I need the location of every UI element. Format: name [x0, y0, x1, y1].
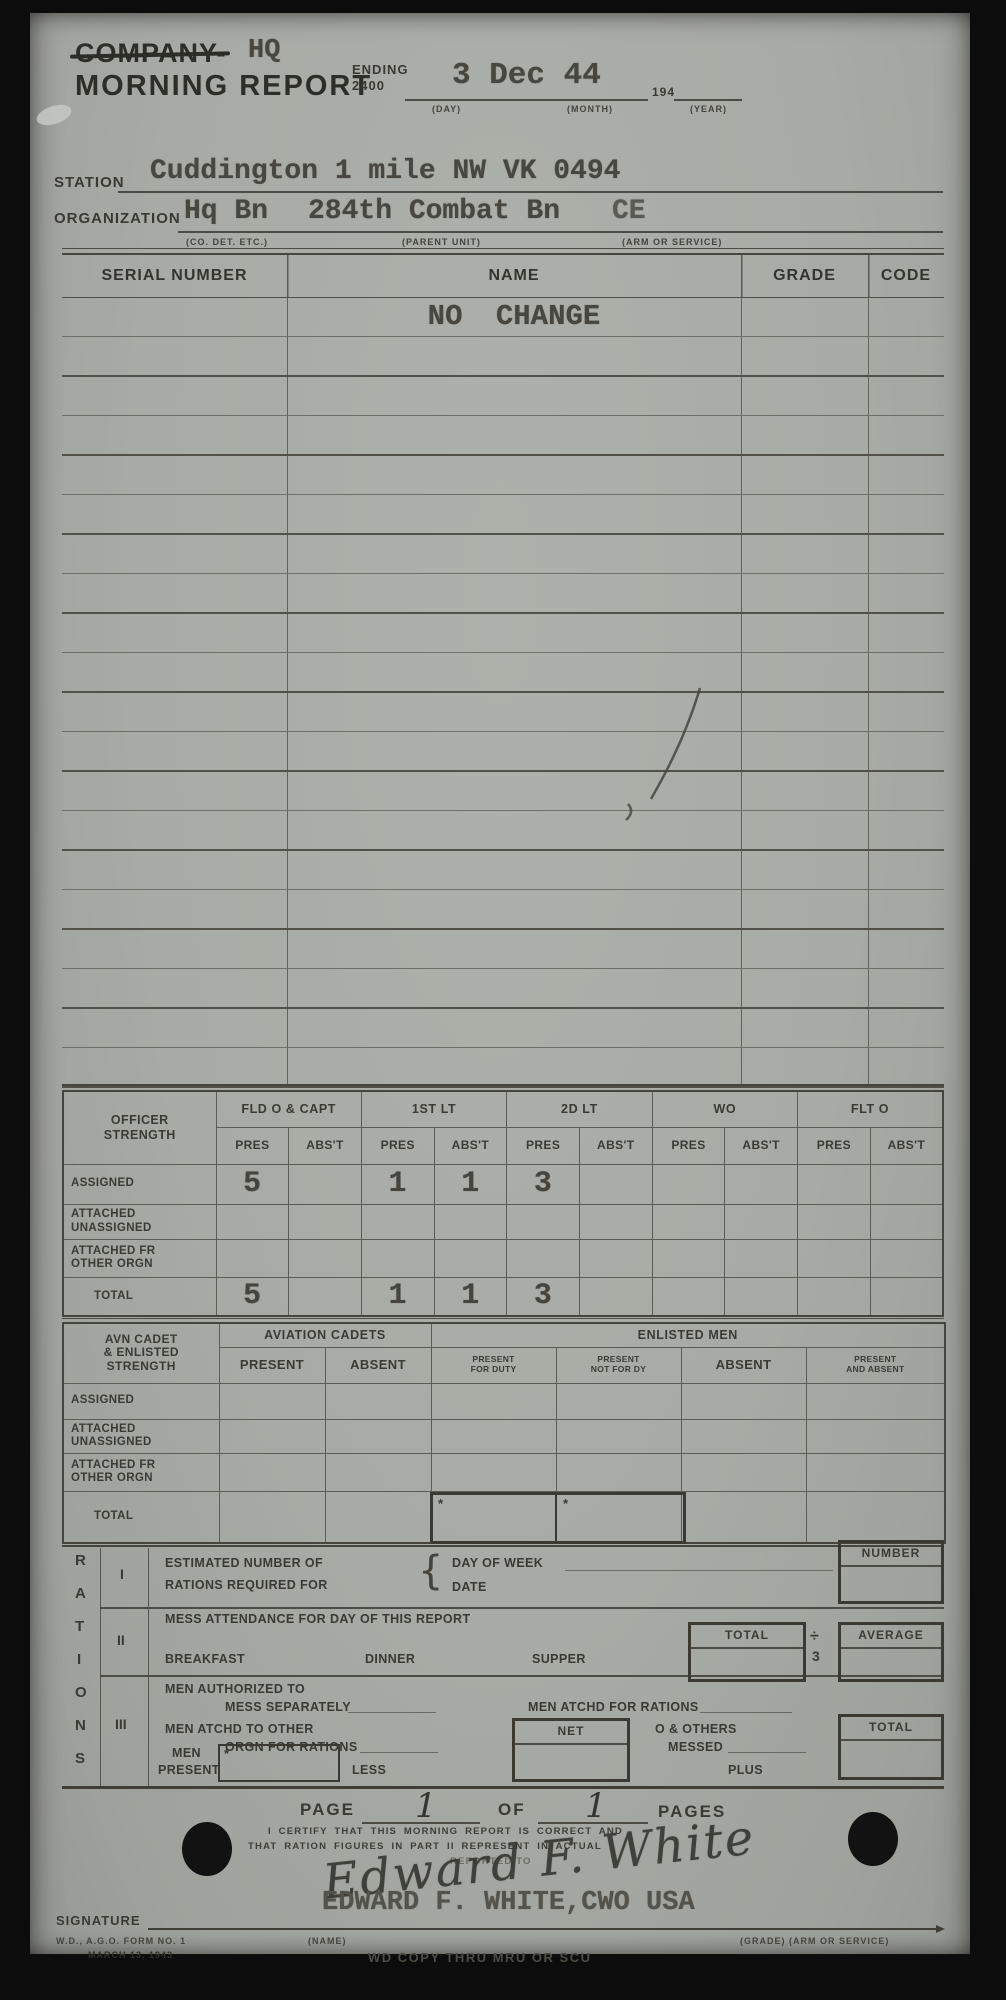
rations-row1-divider — [100, 1607, 944, 1609]
grade-arm-caption: (GRADE) (ARM OR SERVICE) — [740, 1936, 889, 1946]
roster-col-serial: SERIAL NUMBER — [62, 255, 287, 297]
month-caption: (MONTH) — [567, 104, 613, 114]
rations-atchd-for-rations-label: MEN ATCHD FOR RATIONS — [528, 1700, 699, 1714]
officer-group-2d-lt: 2D LT — [507, 1091, 652, 1127]
officer-subcol-pres: PRES — [361, 1127, 434, 1164]
officer-cell: 3 — [507, 1277, 580, 1316]
officer-cell: 1 — [361, 1277, 434, 1316]
cadet-total-emphasis-box: * * — [430, 1492, 686, 1544]
station-value: Cuddington 1 mile NW VK 0494 — [150, 156, 620, 187]
officer-cell — [579, 1204, 652, 1239]
rations-numeral-2: II — [117, 1632, 125, 1648]
cadet-group-aviation-cadets: AVIATION CADETS — [219, 1323, 431, 1347]
company-value: HQ — [248, 36, 280, 66]
officer-cell: 1 — [434, 1277, 507, 1316]
rations-dinner-label: DINNER — [365, 1652, 415, 1666]
officer-cell — [725, 1204, 798, 1239]
roster-header-row: SERIAL NUMBER NAME GRADE CODE — [62, 253, 944, 298]
frame-left — [0, 0, 30, 2000]
officer-strength-table: OFFICER STRENGTH FLD O & CAPT 1ST LT 2D … — [62, 1090, 944, 1317]
rations-rail-letter-a: A — [75, 1585, 86, 1602]
officer-subcol-abst: ABS'T — [725, 1127, 798, 1164]
organization-unit-caption: (CO. DET. ETC.) — [186, 237, 268, 247]
rations-rail-letter-i: I — [77, 1651, 81, 1668]
roster-row-blank — [62, 1009, 944, 1048]
cadet-cell — [681, 1383, 806, 1419]
officer-subcol-abst: ABS'T — [434, 1127, 507, 1164]
organization-arm-caption: (ARM OR SERVICE) — [622, 237, 722, 247]
cadet-cell — [556, 1453, 681, 1491]
officer-cell — [870, 1164, 943, 1204]
rations-orgn-for-rations-line — [360, 1752, 438, 1753]
cadet-cell — [325, 1453, 431, 1491]
rations-rail-letter-s: S — [75, 1750, 85, 1767]
officer-cell — [216, 1239, 289, 1277]
officer-cell — [289, 1164, 362, 1204]
cadet-cell — [806, 1491, 945, 1543]
roster-row-blank — [62, 653, 944, 693]
officer-cell — [870, 1239, 943, 1277]
officer-row-attached-fr-label: ATTACHED FR OTHER ORGN — [63, 1239, 216, 1277]
cadet-cell — [556, 1419, 681, 1453]
roster-row-blank — [62, 811, 944, 851]
rations-rail-letter-r: R — [75, 1552, 86, 1569]
cadet-row-attached-unassigned-label: ATTACHED UNASSIGNED — [63, 1419, 219, 1453]
rations-average-box-line — [841, 1647, 941, 1649]
cadet-col-present-for-duty: PRESENT FOR DUTY — [431, 1347, 556, 1383]
organization-label: ORGANIZATION — [54, 210, 181, 227]
roster-row-blank — [62, 890, 944, 930]
rations-divisor: 3 — [812, 1648, 820, 1664]
cadet-col-absent: ABSENT — [325, 1347, 431, 1383]
organization-parent-caption: (PARENT UNIT) — [402, 237, 481, 247]
rations-men-label: MEN — [172, 1746, 201, 1760]
wd-copy-note: WD COPY THRU MRU OR SCU — [368, 1950, 591, 1965]
rations-total2-box: TOTAL — [838, 1714, 944, 1780]
rations-row2-divider — [100, 1675, 944, 1677]
officer-cell: 1 — [434, 1164, 507, 1204]
officer-row-attached-unassigned-label: ATTACHED UNASSIGNED — [63, 1204, 216, 1239]
rations-rail-letter-n: N — [75, 1717, 86, 1734]
rations-o-and-others-label: O & OTHERS — [655, 1722, 737, 1736]
rations-day-of-week-line — [565, 1570, 833, 1571]
cadet-total-box-mark-2: * — [563, 1496, 568, 1511]
roster-table: SERIAL NUMBER NAME GRADE CODE NO CHANGE — [62, 253, 944, 1088]
cadet-cell — [431, 1419, 556, 1453]
rations-numeral-rail — [148, 1548, 149, 1786]
officer-subcol-pres: PRES — [798, 1127, 871, 1164]
officer-cell: 5 — [216, 1277, 289, 1316]
officer-subcol-pres: PRES — [216, 1127, 289, 1164]
rations-net-box-line — [515, 1743, 627, 1745]
rations-breakfast-label: BREAKFAST — [165, 1652, 245, 1666]
officer-cell: 5 — [216, 1164, 289, 1204]
report-title: MORNING REPORT — [75, 70, 372, 103]
officer-cell: 3 — [507, 1164, 580, 1204]
rations-total-box-line — [691, 1647, 803, 1649]
cadet-cell — [219, 1383, 325, 1419]
rations-men-present-box: * — [218, 1744, 340, 1782]
officer-top-rule — [62, 1084, 944, 1086]
rations-less-label: LESS — [352, 1763, 386, 1777]
rations-total2-box-label: TOTAL — [841, 1720, 941, 1734]
roster-row-blank — [62, 495, 944, 535]
rations-total-box-label: TOTAL — [691, 1628, 803, 1642]
rations-date-label: DATE — [452, 1580, 487, 1594]
rations-total-box: TOTAL — [688, 1622, 806, 1682]
date-value: 3 Dec 44 — [452, 58, 601, 93]
officer-cell — [870, 1204, 943, 1239]
signature-label: SIGNATURE — [56, 1913, 141, 1928]
rations-men-present-mark: * — [224, 1746, 229, 1761]
station-label: STATION — [54, 174, 125, 191]
officer-cell: 1 — [361, 1164, 434, 1204]
roster-col-grade: GRADE — [741, 255, 868, 297]
officer-cell — [579, 1239, 652, 1277]
cadet-cell — [681, 1491, 806, 1543]
rations-average-box: AVERAGE — [838, 1622, 944, 1682]
cadet-col-en-absent: ABSENT — [681, 1347, 806, 1383]
officer-cell — [507, 1204, 580, 1239]
cadet-cell — [325, 1383, 431, 1419]
roster-top-rule — [62, 248, 944, 249]
officer-row-total-label: TOTAL — [63, 1277, 216, 1316]
officer-cell — [652, 1164, 725, 1204]
organization-underline — [178, 231, 943, 233]
officer-cell — [361, 1204, 434, 1239]
officer-cell — [289, 1239, 362, 1277]
rations-mess-attendance-label: MESS ATTENDANCE FOR DAY OF THIS REPORT — [165, 1612, 471, 1626]
officer-cell — [434, 1204, 507, 1239]
officer-cell — [725, 1239, 798, 1277]
roster-row-blank — [62, 693, 944, 732]
officer-cell — [798, 1277, 871, 1316]
rations-estimated-line1: ESTIMATED NUMBER OF — [165, 1556, 323, 1570]
cadet-col-present-not-for-dy: PRESENT NOT FOR DY — [556, 1347, 681, 1383]
rations-plus-label: PLUS — [728, 1763, 763, 1777]
year-caption: (YEAR) — [690, 104, 727, 114]
rations-present-label: PRESENT — [158, 1763, 220, 1777]
organization-unit: Hq Bn — [184, 196, 268, 227]
roster-col-code: CODE — [868, 255, 944, 297]
rations-rail-letter-o: O — [75, 1684, 87, 1701]
page-number-value: 1 — [415, 1786, 437, 1826]
officer-subcol-abst: ABS'T — [870, 1127, 943, 1164]
roster-col-name: NAME — [287, 255, 741, 297]
rations-atchd-for-rations-line — [700, 1712, 792, 1713]
roster-row-blank — [62, 614, 944, 653]
organization-parent-unit: 284th Combat Bn — [308, 196, 560, 227]
officer-cell — [652, 1204, 725, 1239]
roster-row-entry: NO CHANGE — [62, 298, 944, 337]
rations-number-box-line — [841, 1565, 941, 1567]
rations-divide-sign: ÷ — [810, 1628, 819, 1646]
rations-atchd-other-line1: MEN ATCHD TO OTHER — [165, 1722, 314, 1736]
cadet-cell — [325, 1419, 431, 1453]
page-label: PAGE — [300, 1800, 355, 1820]
name-caption: (NAME) — [308, 1936, 347, 1946]
cadet-col-present-and-absent: PRESENT AND ABSENT — [806, 1347, 945, 1383]
cadet-strength-title: AVN CADET & ENLISTED STRENGTH — [63, 1323, 219, 1383]
rations-day-of-week-label: DAY OF WEEK — [452, 1556, 543, 1570]
cadet-row-total-label: TOTAL — [63, 1491, 219, 1543]
cadet-cell — [219, 1419, 325, 1453]
cadet-cell — [325, 1491, 431, 1543]
of-label: OF — [498, 1800, 526, 1820]
hole-punch-left — [182, 1822, 232, 1876]
cadet-cell — [556, 1383, 681, 1419]
cadet-total-box-divider — [555, 1495, 557, 1541]
officer-subcol-pres: PRES — [652, 1127, 725, 1164]
officer-cell — [725, 1164, 798, 1204]
pages-number-value: 1 — [585, 1786, 607, 1826]
rations-supper-label: SUPPER — [532, 1652, 586, 1666]
roster-entry-no-change: NO CHANGE — [287, 300, 741, 333]
form-number: W.D., A.G.O. FORM NO. 1 — [56, 1936, 186, 1946]
cadet-cell — [681, 1453, 806, 1491]
officer-cell — [652, 1277, 725, 1316]
roster-row-blank — [62, 456, 944, 495]
cadet-total-box-mark-1: * — [438, 1496, 443, 1511]
rations-brace: { — [418, 1548, 443, 1594]
officer-bottom-rule — [62, 1318, 944, 1319]
cadet-cell — [219, 1491, 325, 1543]
morning-report-scan: COMPANY- HQ MORNING REPORT ENDING 2400 3… — [0, 0, 1006, 2000]
roster-row-blank — [62, 416, 944, 456]
officer-group-fld-o-capt: FLD O & CAPT — [216, 1091, 361, 1127]
rations-number-box-label: NUMBER — [841, 1546, 941, 1560]
rations-messed-line — [728, 1752, 806, 1753]
officer-cell — [216, 1204, 289, 1239]
roster-row-blank — [62, 377, 944, 416]
roster-row-blank — [62, 535, 944, 574]
officer-cell — [798, 1164, 871, 1204]
officer-group-flt-o: FLT O — [798, 1091, 944, 1127]
roster-row-blank — [62, 851, 944, 890]
officer-group-wo: WO — [652, 1091, 797, 1127]
date-underline — [405, 99, 648, 101]
rations-messed-label: MESSED — [668, 1740, 723, 1754]
cadet-bottom-rule — [62, 1545, 944, 1547]
cadet-row-assigned-label: ASSIGNED — [63, 1383, 219, 1419]
rations-numeral-3: III — [115, 1716, 127, 1732]
officer-cell — [579, 1164, 652, 1204]
cadet-cell — [219, 1453, 325, 1491]
officer-cell — [798, 1239, 871, 1277]
officer-cell — [507, 1239, 580, 1277]
roster-row-blank — [62, 969, 944, 1009]
rations-letter-rail — [100, 1548, 101, 1786]
officer-row-assigned-label: ASSIGNED — [63, 1164, 216, 1204]
officer-cell — [870, 1277, 943, 1316]
rations-mess-separately-label: MESS SEPARATELY — [225, 1700, 351, 1714]
roster-row-blank — [62, 732, 944, 772]
rations-authorized-line1: MEN AUTHORIZED TO — [165, 1682, 305, 1696]
cadet-col-present: PRESENT — [219, 1347, 325, 1383]
officer-subcol-abst: ABS'T — [289, 1127, 362, 1164]
cadet-group-enlisted-men: ENLISTED MEN — [431, 1323, 945, 1347]
officer-cell — [361, 1239, 434, 1277]
rations-number-box: NUMBER — [838, 1540, 944, 1604]
officer-cell — [289, 1277, 362, 1316]
rations-average-box-label: AVERAGE — [841, 1628, 941, 1642]
officer-strength-title: OFFICER STRENGTH — [63, 1091, 216, 1164]
organization-arm: CE — [612, 196, 646, 227]
roster-row-blank — [62, 930, 944, 969]
rations-net-box: NET — [512, 1718, 630, 1782]
day-caption: (DAY) — [432, 104, 461, 114]
officer-cell — [652, 1239, 725, 1277]
roster-row-blank — [62, 1048, 944, 1088]
cadet-cell — [681, 1419, 806, 1453]
year-underline — [674, 99, 742, 101]
frame-top — [0, 0, 1006, 13]
signature-line-arrow — [936, 1925, 945, 1933]
officer-subcol-abst: ABS'T — [579, 1127, 652, 1164]
officer-cell — [579, 1277, 652, 1316]
officer-subcol-pres: PRES — [507, 1127, 580, 1164]
signature-line — [148, 1928, 938, 1930]
officer-cell — [289, 1204, 362, 1239]
cadet-row-attached-fr-label: ATTACHED FR OTHER ORGN — [63, 1453, 219, 1491]
rations-net-box-label: NET — [515, 1724, 627, 1738]
frame-right — [970, 0, 1006, 2000]
ending-time: 2400 — [352, 78, 385, 93]
officer-cell — [434, 1239, 507, 1277]
rations-total2-box-line — [841, 1739, 941, 1741]
rations-estimated-line2: RATIONS REQUIRED FOR — [165, 1578, 328, 1592]
hole-punch-right — [848, 1812, 898, 1866]
year-prefix: 194 — [652, 85, 675, 99]
roster-row-blank — [62, 337, 944, 377]
officer-cell — [725, 1277, 798, 1316]
cadet-cell — [806, 1453, 945, 1491]
signature-typed: EDWARD F. WHITE,CWO USA — [322, 1888, 695, 1918]
station-underline — [118, 191, 943, 193]
rations-numeral-1: I — [120, 1566, 124, 1582]
officer-cell — [798, 1204, 871, 1239]
rations-rail-letter-t: T — [75, 1618, 84, 1635]
cadet-cell — [806, 1419, 945, 1453]
form-date: MARCH 13, 1943 — [88, 1950, 173, 1960]
roster-row-blank — [62, 574, 944, 614]
cadet-cell — [431, 1453, 556, 1491]
cadet-cell — [431, 1383, 556, 1419]
cadet-cell — [806, 1383, 945, 1419]
ending-label: ENDING — [352, 62, 409, 77]
officer-group-1st-lt: 1ST LT — [361, 1091, 506, 1127]
roster-row-blank — [62, 772, 944, 811]
rations-mess-separately-line — [348, 1712, 436, 1713]
